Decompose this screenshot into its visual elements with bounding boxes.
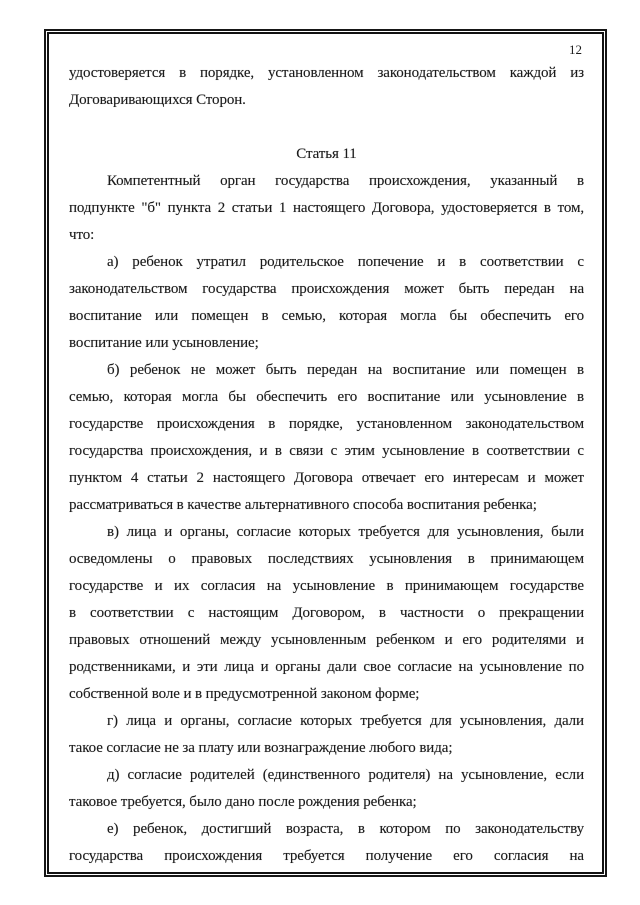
- document-frame-inner: 12 удостоверяется в порядке, установленн…: [47, 32, 604, 874]
- text-line: государства происхождения, и в связи с э…: [69, 438, 584, 465]
- text-line: в) лица и органы, согласие которых требу…: [69, 519, 584, 546]
- text-line: что:: [69, 222, 584, 249]
- text-line: Договаривающихся Сторон.: [69, 87, 584, 114]
- subparagraph-d: д) согласие родителей (единственного род…: [69, 762, 584, 816]
- text-line: правовых отношений между усыновленным ре…: [69, 627, 584, 654]
- subparagraph-g: г) лица и органы, согласие которых требу…: [69, 708, 584, 762]
- article-intro-paragraph: Компетентный орган государства происхожд…: [69, 168, 584, 249]
- text-line: рассматриваться в качестве альтернативно…: [69, 492, 584, 519]
- document-frame: 12 удостоверяется в порядке, установленн…: [44, 29, 607, 877]
- subparagraph-a: а) ребенок утратил родительское попечени…: [69, 249, 584, 357]
- subparagraph-b: б) ребенок не может быть передан на восп…: [69, 357, 584, 519]
- text-line: подпункте "б" пункта 2 статьи 1 настояще…: [69, 195, 584, 222]
- text-line: такое согласие не за плату или вознаграж…: [69, 735, 584, 762]
- text-line: собственной воле и в предусмотренной зак…: [69, 681, 584, 708]
- text-line: осведомлены о правовых последствиях усын…: [69, 546, 584, 573]
- paragraph-continuation: удостоверяется в порядке, установленном …: [69, 60, 584, 114]
- text-line: пунктом 4 статьи 2 настоящего Договора о…: [69, 465, 584, 492]
- text-line: таковое требуется, было дано после рожде…: [69, 789, 584, 816]
- scanned-page: { "document": { "page_number": "12", "he…: [0, 0, 640, 905]
- text-line: государстве и их согласия на усыновление…: [69, 573, 584, 600]
- text-line: б) ребенок не может быть передан на восп…: [69, 357, 584, 384]
- text-line: семью, которая могла бы обеспечить его в…: [69, 384, 584, 411]
- text-line: государства происхождения требуется полу…: [69, 843, 584, 870]
- text-line: а) ребенок утратил родительское попечени…: [69, 249, 584, 276]
- text-line: д) согласие родителей (единственного род…: [69, 762, 584, 789]
- text-line: удостоверяется в порядке, установленном …: [69, 60, 584, 87]
- text-line: государстве происхождения в порядке, уст…: [69, 411, 584, 438]
- text-line: е) ребенок, достигший возраста, в которо…: [69, 816, 584, 843]
- text-line: г) лица и органы, согласие которых требу…: [69, 708, 584, 735]
- page-number: 12: [69, 40, 584, 60]
- text-line: родственниками, и эти лица и органы дали…: [69, 654, 584, 681]
- text-line: Компетентный орган государства происхожд…: [69, 168, 584, 195]
- article-heading: Статья 11: [69, 141, 584, 168]
- subparagraph-e: е) ребенок, достигший возраста, в которо…: [69, 816, 584, 870]
- subparagraph-v: в) лица и органы, согласие которых требу…: [69, 519, 584, 708]
- text-line: законодательством государства происхожде…: [69, 276, 584, 303]
- text-line: воспитание или помещен в семью, которая …: [69, 303, 584, 330]
- text-line: в соответствии с настоящим Договором, в …: [69, 600, 584, 627]
- text-line: воспитание или усыновление;: [69, 330, 584, 357]
